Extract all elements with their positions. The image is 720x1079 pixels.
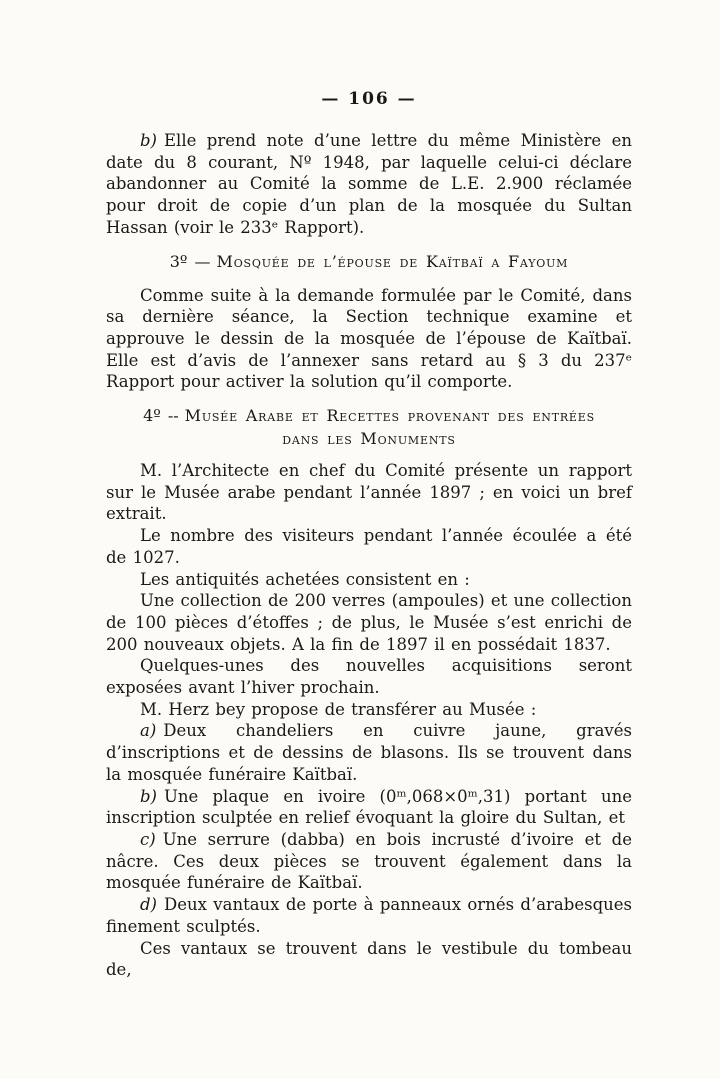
item-letter-c: c) xyxy=(140,830,156,849)
paragraph-herz-bey: M. Herz bey propose de transférer au Mus… xyxy=(106,699,632,721)
paragraph-text: Elle prend note d’une lettre du même Min… xyxy=(106,131,632,237)
paragraph-text: M. l’Architecte en chef du Comité présen… xyxy=(106,461,632,523)
paragraph-text: Ces vantaux se trouvent dans le vestibul… xyxy=(106,939,632,980)
paragraph-nombre-visiteurs: Le nombre des visiteurs pendant l’année … xyxy=(106,525,632,568)
item-letter-b: b) xyxy=(140,131,157,150)
section-title: Mosquée de l’épouse de Kaïtbaï a Fayoum xyxy=(217,252,569,271)
paragraph-collection-verres: Une collection de 200 verres (ampoules) … xyxy=(106,590,632,655)
paragraph-text: Quelques-unes des nouvelles acquisitions… xyxy=(106,656,632,697)
page-number: — 106 — xyxy=(106,90,632,108)
paragraph-lettre-ministere: b)Elle prend note d’une lettre du même M… xyxy=(106,130,632,239)
paragraph-ces-vantaux: Ces vantaux se trouvent dans le vestibul… xyxy=(106,938,632,981)
section-number: 3º — xyxy=(170,252,211,271)
paragraph-text: Le nombre des visiteurs pendant l’année … xyxy=(106,526,632,567)
paragraph-text: Les antiquités achetées consistent en : xyxy=(140,570,470,589)
section-number: 4º -- xyxy=(143,406,179,425)
paragraph-item-a-chandeliers: a)Deux chandeliers en cuivre jaune, grav… xyxy=(106,720,632,785)
section-heading-4: 4º --Musée Arabe et Recettes provenant d… xyxy=(106,404,632,450)
paragraph-text: Deux vantaux de porte à panneaux ornés d… xyxy=(106,895,632,936)
paragraph-text: Comme suite à la demande formulée par le… xyxy=(106,286,632,392)
paragraph-item-b-plaque: b)Une plaque en ivoire (0ᵐ,068×0ᵐ,31) po… xyxy=(106,786,632,829)
section-heading-4-line2: dans les Monuments xyxy=(106,427,632,450)
paragraph-architecte-rapport: M. l’Architecte en chef du Comité présen… xyxy=(106,460,632,525)
paragraph-text: Une collection de 200 verres (ampoules) … xyxy=(106,591,632,653)
paragraph-text: Une serrure (dabba) en bois incrusté d’i… xyxy=(106,830,632,892)
paragraph-quelques-unes: Quelques-unes des nouvelles acquisitions… xyxy=(106,655,632,698)
section-title: Musée Arabe et Recettes provenant des en… xyxy=(185,406,595,425)
item-letter-a: a) xyxy=(140,721,156,740)
item-letter-b: b) xyxy=(140,787,157,806)
item-letter-d: d) xyxy=(140,895,157,914)
document-page: — 106 — b)Elle prend note d’une lettre d… xyxy=(0,0,720,1079)
paragraph-text: M. Herz bey propose de transférer au Mus… xyxy=(140,700,536,719)
section-heading-3: 3º —Mosquée de l’épouse de Kaïtbaï a Fay… xyxy=(106,250,632,273)
section-heading-4-line1: 4º --Musée Arabe et Recettes provenant d… xyxy=(106,404,632,427)
paragraph-comme-suite: Comme suite à la demande formulée par le… xyxy=(106,285,632,394)
paragraph-item-d-vantaux: d)Deux vantaux de porte à panneaux ornés… xyxy=(106,894,632,937)
paragraph-text: Une plaque en ivoire (0ᵐ,068×0ᵐ,31) port… xyxy=(106,787,632,828)
paragraph-text: Deux chandeliers en cuivre jaune, gravés… xyxy=(106,721,632,783)
paragraph-antiquites: Les antiquités achetées consistent en : xyxy=(106,569,632,591)
paragraph-item-c-serrure: c)Une serrure (dabba) en bois incrusté d… xyxy=(106,829,632,894)
